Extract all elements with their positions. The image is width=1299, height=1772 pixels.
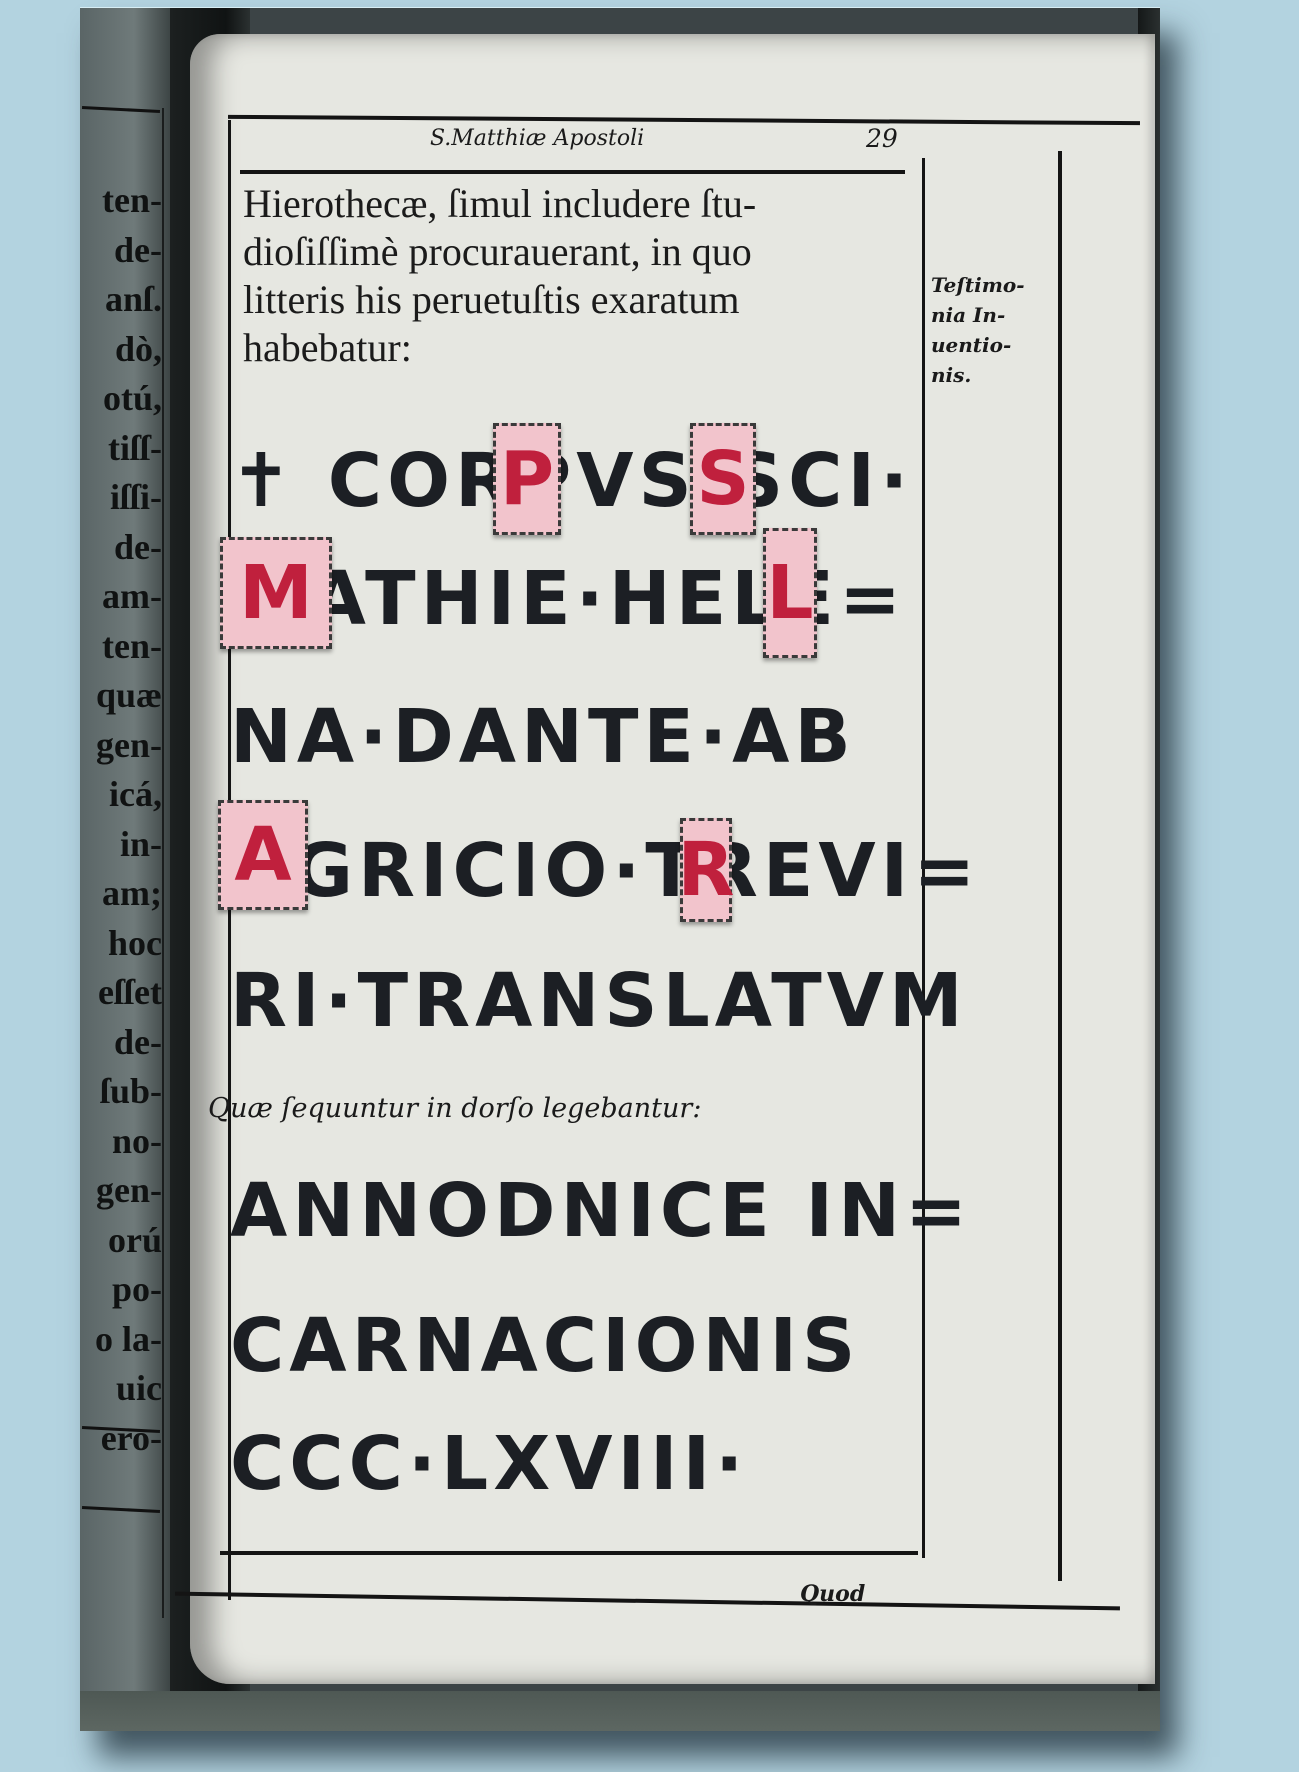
frame-rule-right [1058,151,1062,1581]
fragment: de- [80,523,162,573]
book-photograph: ten- de- anſ. dò, otú, tiſſ- iſſi- de- a… [80,7,1160,1731]
inscription-line: AGRICIO·TREVI= [230,828,930,914]
highlighted-letter-s: S [690,423,756,535]
italic-caption: Quæ ſequuntur in dorſo legebantur: [208,1093,701,1124]
margin-note-line: nis. [931,360,1051,390]
fragment: anſ. [80,275,162,325]
table-surface [80,1691,1160,1731]
previous-page-rule [82,1506,160,1513]
fragment: o la- [80,1315,162,1365]
fragment: gen- [80,721,162,771]
inscription-line: NA·DANTE·AB [230,694,930,780]
body-line: dioſiſſimè procurauerant, in quo [243,228,913,276]
fragment: po- [80,1265,162,1315]
fragment: eſſet [80,968,162,1018]
running-head: S.Matthiæ Apostoli [430,126,644,151]
previous-page-edge: ten- de- anſ. dò, otú, tiſſ- iſſi- de- a… [80,8,170,1731]
fragment: gen- [80,1166,162,1216]
previous-page-column-rule [162,108,164,1618]
highlighted-letter-a: A [218,800,308,910]
catchword: Quod [800,1581,865,1607]
margin-note-line: nia In- [931,300,1051,330]
inscription-line: RI·TRANSLATVM [230,958,930,1044]
fragment: icá, [80,770,162,820]
previous-page-text: ten- de- anſ. dò, otú, tiſſ- iſſi- de- a… [80,176,162,1463]
fragment: dò, [80,325,162,375]
fragment: am; [80,869,162,919]
header-rule [240,170,905,174]
inscription-line: MATHIE·HELE= [230,556,930,642]
fragment: tiſſ- [80,424,162,474]
inscription-line: CARNACIONIS [230,1303,930,1389]
inscription-line: ANNODNICE IN= [230,1168,930,1254]
highlighted-letter-p: P [493,423,561,535]
fragment: no- [80,1117,162,1167]
fragment: orú [80,1216,162,1266]
fragment: in- [80,820,162,870]
body-line: litteris his peruetuſtis exaratum [243,276,913,324]
body-line: habebatur: [243,324,913,372]
highlighted-letter-m: M [220,537,332,649]
fragment: am- [80,572,162,622]
previous-page-rule [82,106,160,113]
inscription-line: CCC·LXVIII· [230,1421,930,1507]
fragment: quæ [80,671,162,721]
fragment: iſſi- [80,473,162,523]
fragment: otú, [80,374,162,424]
fragment: de- [80,1018,162,1068]
fragment: ten- [80,622,162,672]
text-bottom-rule [220,1551,918,1555]
fragment: ten- [80,176,162,226]
highlighted-letter-r: R [680,818,732,922]
margin-note-line: uentio- [931,330,1051,360]
fragment: hoc [80,919,162,969]
body-paragraph: Hierothecæ, ſimul includere ſtu- dioſiſſ… [243,180,913,372]
fragment: de- [80,226,162,276]
fragment: ero- [80,1414,162,1464]
body-line: Hierothecæ, ſimul includere ſtu- [243,180,913,228]
highlighted-letter-l: L [763,528,817,658]
fragment: uic [80,1364,162,1414]
inscription-line: ✝ CORPVS·SCI· [230,438,930,524]
margin-note: Teſtimo- nia In- uentio- nis. [931,270,1051,390]
margin-note-line: Teſtimo- [931,270,1051,300]
fragment: ſub- [80,1067,162,1117]
page-number: 29 [866,124,898,153]
